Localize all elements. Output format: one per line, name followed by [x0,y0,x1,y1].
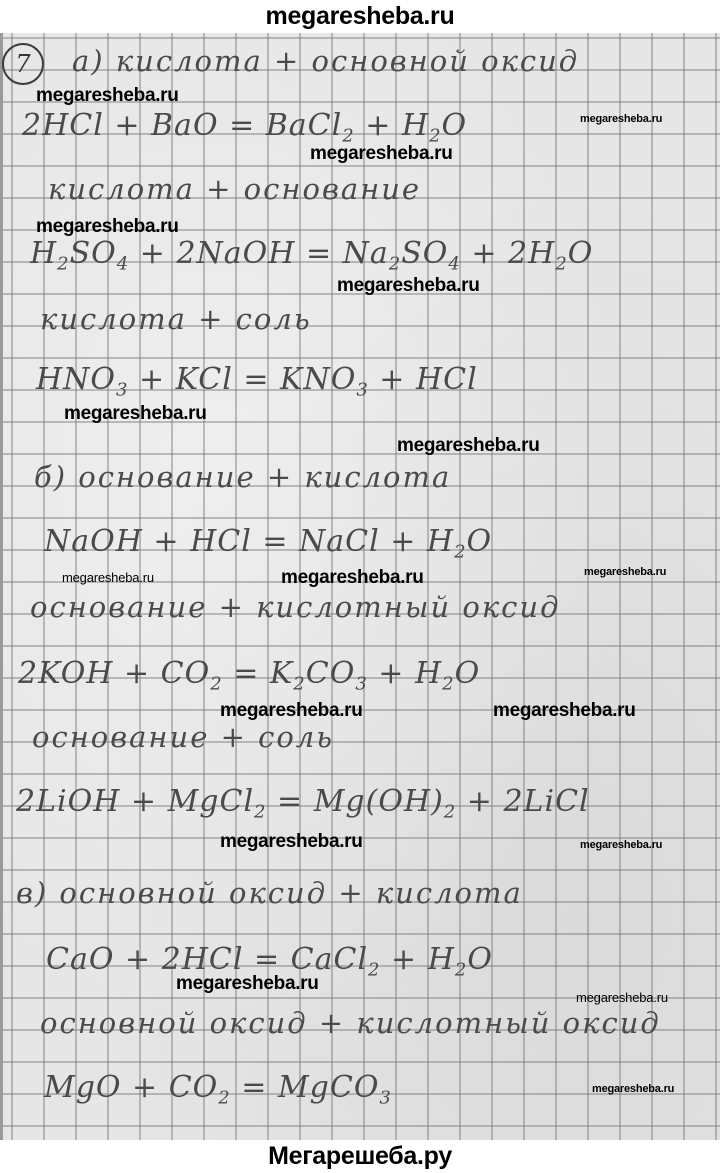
subscript: 3 [355,673,367,694]
section-a-marker: а) [72,44,105,78]
site-footer-title: Мегарешеба.ру [268,1142,452,1170]
equation: 2LiOH + MgCl2 = Mg(OH)2 + 2LiCl [16,784,590,822]
subscript: 2 [454,541,466,562]
watermark: megaresheba.ru [281,567,424,589]
subscript: 4 [448,253,460,274]
task-number: 7 [2,43,44,85]
equation: NaOH + HCl = NaCl + H2O [44,524,492,562]
subscript: 3 [356,379,368,400]
reaction-label: основной оксид + кислотный оксид [40,1006,661,1040]
subscript: 2 [218,1087,230,1108]
subscript: 2 [555,253,567,274]
site-footer: Мегарешеба.ру [0,1140,720,1173]
site-header: megaresheba.ru [0,0,720,33]
watermark: megaresheba.ru [576,990,668,1005]
reaction-label: кислота + основание [48,172,421,206]
watermark: megaresheba.ru [62,570,154,585]
subscript: 4 [117,253,129,274]
watermark: megaresheba.ru [220,831,363,853]
watermark: megaresheba.ru [176,973,319,995]
equation: H2SO4 + 2NaOH = Na2SO4 + 2H2O [30,236,593,274]
subscript: 3 [116,379,128,400]
subscript: 3 [379,1087,391,1108]
subscript: 2 [293,673,305,694]
watermark: megaresheba.ru [36,216,179,238]
section-b-marker: б) [34,460,67,494]
equation: MgO + CO2 = MgCO3 [44,1070,392,1108]
watermark: megaresheba.ru [36,85,179,107]
site-header-title: megaresheba.ru [266,2,455,30]
reaction-label: кислота + соль [40,302,312,336]
watermark: megaresheba.ru [493,700,636,722]
subscript: 2 [389,253,401,274]
reaction-label: основание + соль [32,720,334,754]
subscript: 2 [442,673,454,694]
equation: 2KOH + CO2 = K2CO3 + H2O [18,656,480,694]
watermark: megaresheba.ru [592,1083,674,1095]
equation: 2HCl + BaO = BaCl2 + H2O [22,108,467,146]
watermark: megaresheba.ru [580,113,662,125]
page-edge [0,33,3,1140]
watermark: megaresheba.ru [337,275,480,297]
subscript: 2 [254,801,266,822]
watermark: megaresheba.ru [64,403,207,425]
equation: HNO3 + KCl = KNO3 + HCl [36,362,478,400]
subscript: 2 [455,959,467,980]
section-c-marker: в) [16,876,48,910]
watermark: megaresheba.ru [220,700,363,722]
subscript: 2 [368,959,380,980]
watermark: megaresheba.ru [397,435,540,457]
watermark: megaresheba.ru [310,143,453,165]
section-c-label-1: основной оксид + кислота [59,876,522,910]
subscript: 2 [444,801,456,822]
watermark: megaresheba.ru [580,839,662,851]
subscript: 2 [210,673,222,694]
watermark: megaresheba.ru [584,566,666,578]
section-a-heading: а) кислота + основной оксид [72,44,579,78]
subscript: 2 [57,253,69,274]
section-b-label-1: основание + кислота [78,460,451,494]
reaction-label: основание + кислотный оксид [30,590,560,624]
section-c-heading: в) основной оксид + кислота [16,876,523,910]
section-a-label-1: кислота + основной оксид [116,44,579,78]
section-b-heading: б) основание + кислота [34,460,451,494]
